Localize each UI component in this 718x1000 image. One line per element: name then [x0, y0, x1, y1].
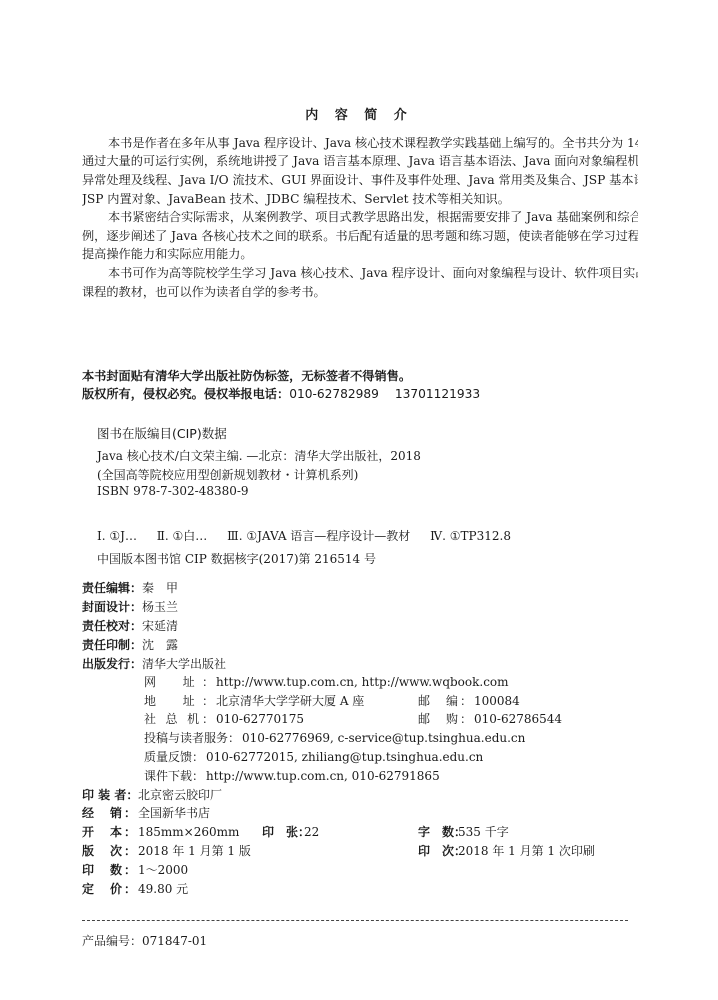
spec-label: 版 次：	[82, 842, 136, 859]
contact-value: http://www.tup.com.cn, http://www.wqbook…	[216, 675, 509, 689]
publisher-reader-service: 投稿与读者服务：010-62776969, c-service@tup.tsin…	[144, 729, 525, 746]
classification-item: Ⅳ. ①TP312.8	[430, 529, 511, 543]
report-phone-2: 13701121933	[395, 387, 480, 401]
spec-value: 1～2000	[138, 863, 188, 877]
contact-label: 课件下载：	[144, 767, 204, 784]
spec-label: 开 本：	[82, 823, 136, 840]
spec-label: 印 次：	[418, 842, 456, 859]
publisher-switchboard: 社 总 机：010-62770175	[144, 710, 304, 727]
contact-label: 社 总 机：	[144, 710, 214, 727]
publisher-courseware: 课件下载：http://www.tup.com.cn, 010-62791865	[144, 767, 440, 784]
spec-value: 北京密云胶印厂	[138, 788, 222, 802]
copyright-notice: 版权所有，侵权必究。侵权举报电话：010-6278298913701121933	[82, 385, 480, 402]
classification-item: Ⅰ. ①J…	[97, 529, 137, 543]
report-phone-1: 010-62782989	[289, 387, 379, 401]
summary-line: 本书紧密结合实际需求，从案例教学、项目式教学思路出发，根据需要安排了 Java …	[82, 208, 638, 227]
spec-label: 印 装 者：	[82, 786, 136, 803]
spec-value: 22	[304, 825, 319, 839]
contact-value: http://www.tup.com.cn, 010-62791865	[206, 769, 440, 783]
product-code-label: 产品编号：	[82, 934, 142, 948]
spec-edition: 版 次：2018 年 1 月第 1 版	[82, 842, 251, 859]
publisher-quality-feedback: 质量反馈：010-62772015, zhiliang@tup.tsinghua…	[144, 748, 483, 765]
credit-printing-supervisor: 责任印制：沈 露	[82, 636, 178, 653]
contact-label: 邮 编：	[418, 692, 472, 709]
spec-value: 185mm×260mm	[138, 825, 239, 839]
summary-line: 例，逐步阐述了 Java 各核心技术之间的联系。书后配有适量的思考题和练习题，使…	[82, 227, 638, 246]
credit-value: 秦 甲	[142, 581, 178, 595]
credit-label: 责任印制：	[82, 638, 142, 652]
spec-label: 定 价：	[82, 880, 136, 897]
anti-counterfeit-notice: 本书封面贴有清华大学出版社防伪标签，无标签者不得销售。	[82, 367, 411, 384]
spec-format: 开 本：185mm×260mm	[82, 823, 239, 840]
publisher-website: 网 址：http://www.tup.com.cn, http://www.wq…	[144, 673, 509, 690]
spec-value: 2018 年 1 月第 1 版	[138, 844, 251, 858]
credit-label: 责任编辑：	[82, 581, 142, 595]
spec-value: 全国新华书店	[138, 806, 210, 820]
spec-value: 49.80 元	[138, 882, 188, 896]
spec-impression: 印 次：2018 年 1 月第 1 次印刷	[418, 842, 595, 859]
publisher-postcode: 邮 编：100084	[418, 692, 520, 709]
contact-label: 邮 购：	[418, 710, 472, 727]
classification-item: Ⅱ. ①白…	[157, 529, 208, 543]
summary-line: 本书是作者在多年从事 Java 程序设计、Java 核心技术课程教学实践基础上编…	[82, 134, 638, 153]
copyright-prefix: 版权所有，侵权必究。侵权举报电话：	[82, 387, 289, 401]
spec-printer: 印 装 者：北京密云胶印厂	[82, 786, 222, 803]
spec-sheets: 印 张：22	[262, 823, 319, 840]
cip-number: 中国版本图书馆 CIP 数据核字(2017)第 216514 号	[97, 550, 376, 567]
contact-value: 010-62786544	[474, 712, 562, 726]
summary-line: 提高操作能力和实际应用能力。	[82, 245, 638, 264]
credit-label: 出版发行：	[82, 657, 142, 671]
spec-print-run: 印 数：1～2000	[82, 861, 188, 878]
spec-label: 经 销：	[82, 804, 136, 821]
cip-title-line: Java 核心技术/白文荣主编. —北京：清华大学出版社，2018	[97, 447, 421, 464]
spec-label: 印 张：	[262, 823, 302, 840]
cip-header: 图书在版编目(CIP)数据	[97, 424, 227, 442]
product-code: 产品编号：071847-01	[82, 932, 207, 949]
cip-series-line: (全国高等院校应用型创新规划教材・计算机系列)	[97, 466, 358, 483]
summary-line: 本书可作为高等院校学生学习 Java 核心技术、Java 程序设计、面向对象编程…	[82, 264, 638, 283]
cip-isbn: ISBN 978-7-302-48380-9	[97, 484, 249, 498]
classification-item: Ⅲ. ①JAVA 语言—程序设计—教材	[227, 529, 410, 543]
credit-value: 宋延清	[142, 619, 178, 633]
spec-label: 印 数：	[82, 861, 136, 878]
cip-classifications: Ⅰ. ①J… Ⅱ. ①白… Ⅲ. ①JAVA 语言—程序设计—教材 Ⅳ. ①TP…	[97, 527, 527, 544]
spec-distributor: 经 销：全国新华书店	[82, 804, 210, 821]
summary-line: 通过大量的可运行实例，系统地讲授了 Java 语言基本原理、Java 语言基本语…	[82, 152, 638, 171]
summary-line: 课程的教材，也可以作为读者自学的参考书。	[82, 283, 638, 302]
summary-title: 内 容 简 介	[0, 104, 718, 123]
contact-label: 投稿与读者服务：	[144, 729, 240, 746]
credit-value: 清华大学出版社	[142, 657, 226, 671]
summary-line: JSP 内置对象、JavaBean 技术、JDBC 编程技术、Servlet 技…	[82, 190, 638, 209]
contact-value: 010-62776969, c-service@tup.tsinghua.edu…	[242, 731, 525, 745]
publisher-address: 地 址：北京清华大学学研大厦 A 座	[144, 692, 364, 709]
contact-label: 地 址：	[144, 692, 214, 709]
contact-value: 100084	[474, 694, 520, 708]
spec-label: 字 数：	[418, 823, 456, 840]
credit-proofreader: 责任校对：宋延清	[82, 617, 178, 634]
contact-value: 010-62770175	[216, 712, 304, 726]
summary-line: 异常处理及线程、Java I/O 流技术、GUI 界面设计、事件及事件处理、Ja…	[82, 171, 638, 190]
contact-label: 网 址：	[144, 673, 214, 690]
contact-value: 010-62772015, zhiliang@tup.tsinghua.edu.…	[206, 750, 483, 764]
spec-word-count: 字 数：535 千字	[418, 823, 509, 840]
credit-label: 封面设计：	[82, 600, 142, 614]
spec-value: 2018 年 1 月第 1 次印刷	[458, 844, 595, 858]
credit-cover-design: 封面设计：杨玉兰	[82, 598, 178, 615]
product-code-value: 071847-01	[142, 934, 207, 948]
credit-value: 杨玉兰	[142, 600, 178, 614]
spec-price: 定 价：49.80 元	[82, 880, 188, 897]
contact-label: 质量反馈：	[144, 748, 204, 765]
credit-label: 责任校对：	[82, 619, 142, 633]
credit-editor: 责任编辑：秦 甲	[82, 579, 178, 596]
credit-value: 沈 露	[142, 638, 178, 652]
contact-value: 北京清华大学学研大厦 A 座	[216, 694, 364, 708]
credit-publisher: 出版发行：清华大学出版社	[82, 655, 226, 672]
publisher-mail-order: 邮 购：010-62786544	[418, 710, 562, 727]
dashed-divider	[82, 920, 628, 921]
spec-value: 535 千字	[458, 825, 509, 839]
